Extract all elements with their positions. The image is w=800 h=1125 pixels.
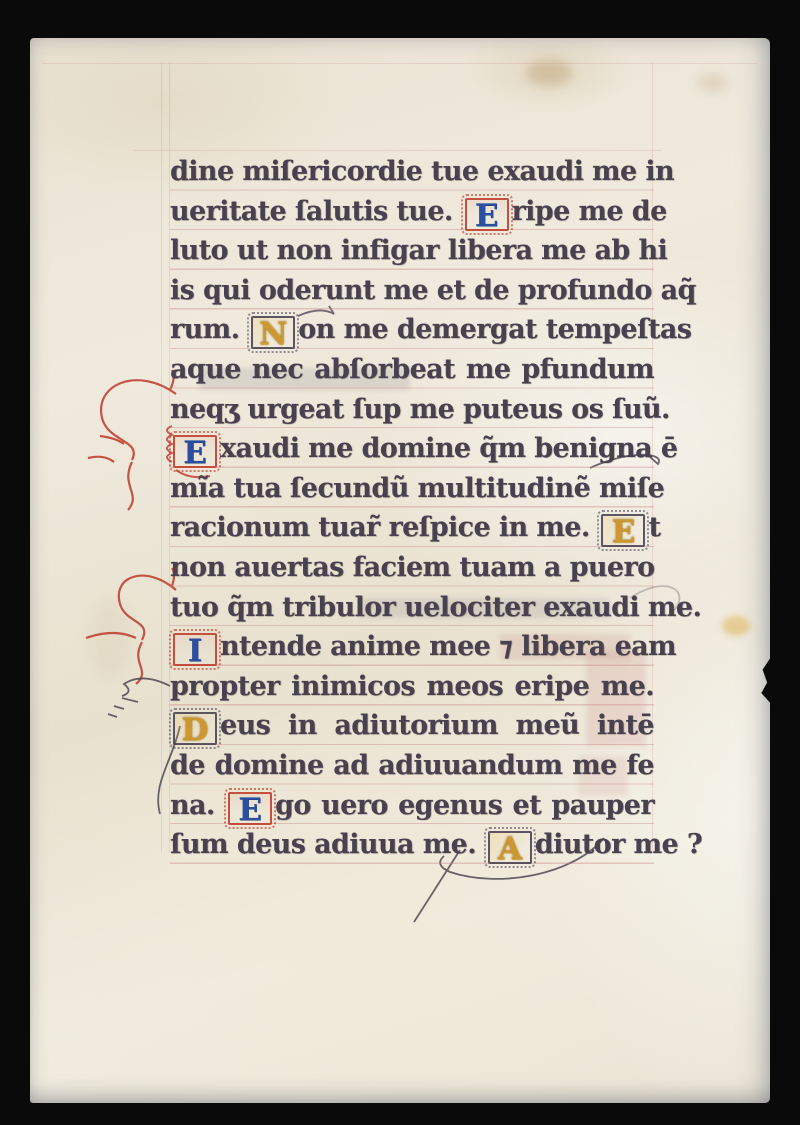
text-line: na. Ego uero egenus et pauper: [170, 786, 654, 826]
text-line: dine miſericordie tue exaudi me in: [170, 152, 654, 192]
text-line: neqʒ urgeat ſup me puteus os ſuũ.: [170, 390, 654, 430]
ruling-line-top: [42, 63, 758, 64]
text-line: non auertas faciem tuam a puero: [170, 548, 654, 588]
text-line: propter inimicos meos eripe me.: [170, 667, 654, 707]
stain-top-far-right: [698, 74, 728, 92]
text-line: mĩa tua ſecundũ multitudinẽ miſe: [170, 469, 654, 509]
ruling-line-left-outer: [161, 62, 162, 852]
text-block: dine miſericordie tue exaudi me inuerita…: [170, 152, 654, 866]
text-line: luto ut non infigar libera me ab hi: [170, 231, 654, 271]
illuminated-initial: E: [601, 514, 645, 547]
illuminated-initial: E: [228, 792, 272, 825]
red-flourish-upper-left: [88, 370, 176, 510]
red-flourish-lower-left: [86, 568, 176, 684]
manuscript-leaf: dine miſericordie tue exaudi me inuerita…: [30, 38, 770, 1103]
text-line: rum. Non me demergat tempeſtas: [170, 310, 654, 350]
illuminated-initial: E: [465, 198, 509, 231]
stain-left-middle: [90, 598, 130, 678]
text-line: Exaudi me domine q̃m benigna ē: [170, 429, 654, 469]
text-line: tuo q̃m tribulor uelociter exaudi me.: [170, 588, 654, 628]
edge-tear: [760, 654, 773, 706]
text-line: racionum tuar̃ reſpice in me. Et: [170, 508, 654, 548]
illuminated-initial: E: [173, 435, 217, 468]
text-line: aque nec abſorbeat me pfundum: [170, 350, 654, 390]
text-line: ſum deus adiuua me. Adiutor me ?: [170, 825, 654, 865]
illuminated-initial: A: [488, 831, 532, 864]
text-line: de domine ad adiuuandum me fe: [170, 746, 654, 786]
stain-right-yellow: [722, 616, 750, 636]
text-line: Deus in adiutorium meũ intē: [170, 706, 654, 746]
photo-background: { "colors": { "background": "#0a0a0a", "…: [0, 0, 800, 1125]
text-line: is qui oderunt me et de profundo aq̃: [170, 271, 654, 311]
illuminated-initial: N: [251, 316, 295, 349]
illuminated-initial: I: [173, 633, 217, 666]
text-line: ueritate ſalutis tue. Eripe me de: [170, 192, 654, 232]
illuminated-initial: D: [173, 712, 217, 745]
text-line: Intende anime mee ⁊ libera eam: [170, 627, 654, 667]
